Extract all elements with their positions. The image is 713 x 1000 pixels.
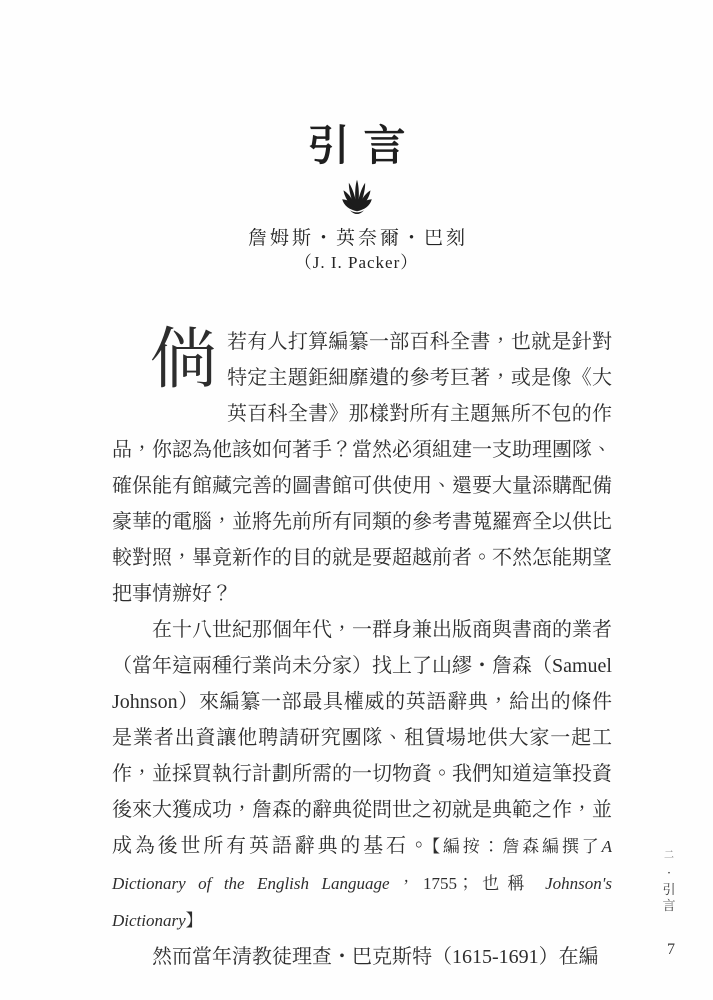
- paragraph-johnson: 在十八世紀那個年代，一群身兼出版商與書商的業者（當年這兩種行業尚未分家）找上了山…: [112, 612, 612, 939]
- chapter-heading: 引言 詹姆斯・英奈爾・巴刻 （J. I. Packer）: [0, 0, 713, 273]
- book-page: 引言 詹姆斯・英奈爾・巴刻 （J. I. Packer） 倘若有人打算編纂一部百…: [0, 0, 713, 1000]
- editor-note-mid: ，1755；也稱: [390, 874, 546, 893]
- paragraph-johnson-text: 在十八世紀那個年代，一群身兼出版商與書商的業者（當年這兩種行業尚未分家）找上了山…: [112, 619, 612, 857]
- paragraph-baxter: 然而當年清教徒理查・巴克斯特（1615-1691）在編: [112, 939, 612, 975]
- author-name-cjk: 詹姆斯・英奈爾・巴刻: [0, 228, 713, 250]
- running-header: 二 ・ 引 言: [659, 850, 679, 914]
- running-header-chapter-char-2: 言: [659, 898, 679, 914]
- running-header-section-marker: 二: [659, 850, 679, 861]
- chapter-title: 引言: [0, 0, 713, 168]
- running-header-chapter-char-1: 引: [659, 882, 679, 898]
- running-header-separator-dot: ・: [659, 868, 679, 878]
- editor-note-suffix: 】: [186, 911, 203, 930]
- shell-ornament-icon: [0, 175, 713, 215]
- editor-note-prefix: 【編按：詹森編撰了: [432, 837, 602, 856]
- body-text: 倘若有人打算編纂一部百科全書，也就是針對特定主題鉅細靡遺的參考巨著，或是像《大英…: [112, 324, 612, 975]
- dropcap-character: 倘: [150, 326, 217, 398]
- paragraph-intro: 倘若有人打算編纂一部百科全書，也就是針對特定主題鉅細靡遺的參考巨著，或是像《大英…: [112, 324, 612, 612]
- author-name-en: （J. I. Packer）: [0, 253, 713, 273]
- page-number: 7: [667, 941, 675, 959]
